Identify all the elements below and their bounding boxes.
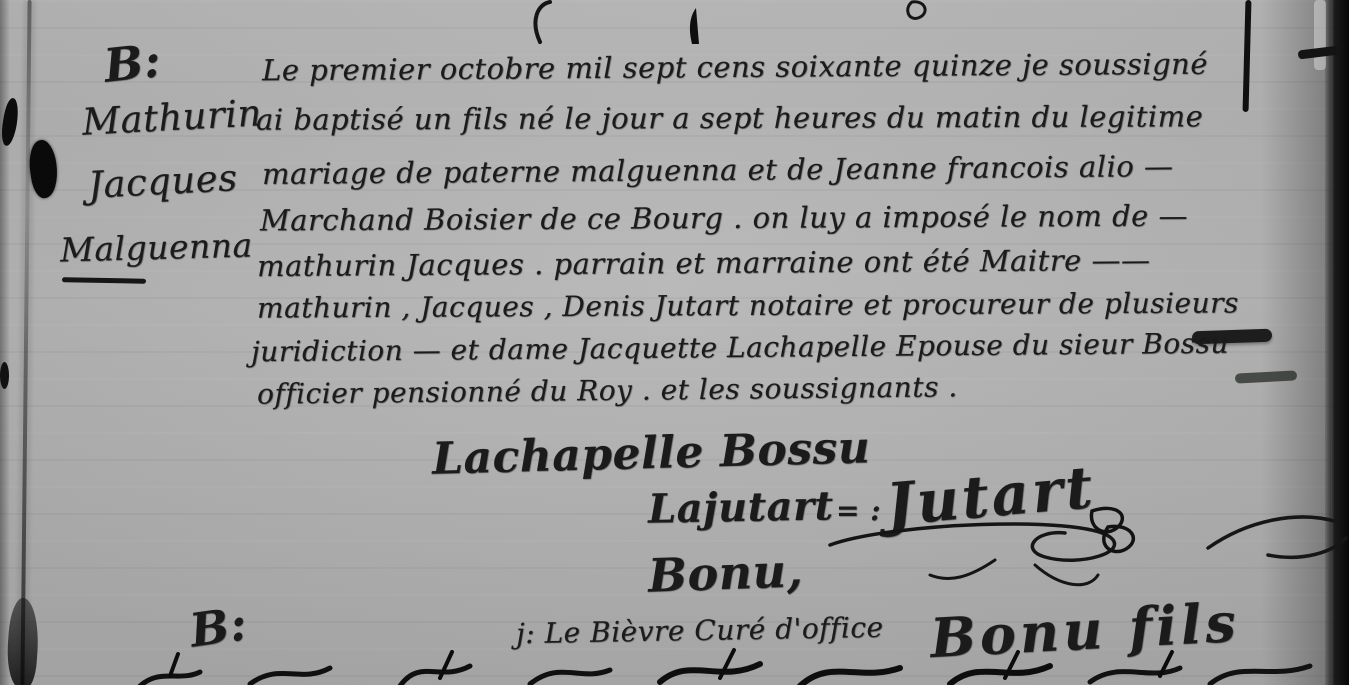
signature-lajutart: Lajutart <box>648 482 834 532</box>
record-text-line: ai baptisé un fils né le jour a sept heu… <box>256 99 1203 136</box>
jutart-paraph-flourish <box>830 505 1250 595</box>
record-text-line: mathurin Jacques . parrain et marraine o… <box>257 243 1151 283</box>
record-text-line: Le premier octobre mil sept cens soixant… <box>262 47 1208 88</box>
record-text-line: officier pensionné du Roy . et les souss… <box>257 370 958 410</box>
ink-smudge-bottom-left <box>5 597 41 685</box>
record-text-line: mariage de paterne malguenna et de Jeann… <box>262 149 1174 191</box>
ink-blob-mid-left <box>0 362 9 389</box>
ink-stroke-top-right <box>1243 0 1252 112</box>
flourish-right-edge <box>1208 500 1348 570</box>
margin-underline-stroke <box>62 277 146 283</box>
page-edge-highlight <box>1314 0 1326 70</box>
page-fold-crease <box>20 0 31 685</box>
ink-blob-top-left-2 <box>26 138 61 199</box>
margin-child-name-line: Malguenna <box>60 225 254 269</box>
record-text-line: mathurin , Jacques , Denis Jutart notair… <box>257 286 1239 324</box>
manuscript-scan-page: B: Mathurin Jacques Malguenna Le premier… <box>0 0 1349 685</box>
record-text-line: Marchand Boisier de ce Bourg . on luy a … <box>260 199 1188 238</box>
signature-lachapelle-bossu: Lachapelle Bossu <box>431 422 870 484</box>
signature-cure-doffice: j: Le Bièvre Curé d'office <box>516 611 884 650</box>
signature-bonu: Bonu, <box>647 543 804 602</box>
binding-gutter-dark-band <box>1325 0 1349 685</box>
record-text-line: juridiction — et dame Jacquette Lachapel… <box>251 327 1229 369</box>
cutoff-text-strokes-bottom <box>100 648 1349 685</box>
binding-gutter-soft-shadow <box>1261 0 1331 685</box>
record-margin-initial: B: <box>101 33 163 93</box>
margin-child-name-line: Jacques <box>87 156 239 207</box>
margin-child-name-line: Mathurin <box>81 91 263 143</box>
cutoff-strokes-top <box>400 0 1000 48</box>
